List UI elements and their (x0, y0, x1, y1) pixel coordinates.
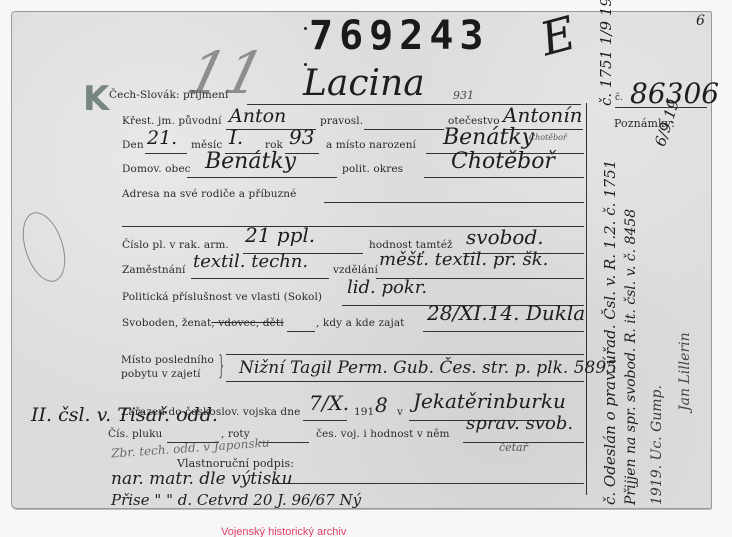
occupation-label: Zaměstnání (122, 264, 185, 276)
surname-label: Čech-Slovák: příjmení (109, 89, 229, 101)
cz-rank-value: sprav. svob. (466, 413, 573, 434)
dot-marker (304, 27, 307, 30)
birth-place-note: Chotěboř (529, 133, 567, 142)
birth-place-label: a místo narození (326, 139, 416, 151)
brace-glyph: } (218, 351, 224, 381)
political-district-value: Chotěboř (451, 149, 555, 174)
cz-rank-note: četař (499, 441, 528, 454)
rank-there-value: svobod. (466, 225, 544, 249)
remarks-vertical-top: č. 1751 1/9 19 (597, 0, 615, 106)
education-label: vzdělání (333, 264, 378, 276)
enlisted-place-prefix: v (397, 406, 403, 418)
captured-value: 28/XI.14. Dukla (427, 301, 585, 325)
birth-year-value: 93 (289, 125, 314, 149)
political-affiliation-label: Politická příslušnost ve vlasti (Sokol) (122, 291, 322, 303)
austrian-regiment-value: 21 ppl. (245, 223, 315, 247)
surname-value: Lacina (303, 63, 425, 104)
last-captivity-value: Nižní Tagil Perm. Gub. Čes. str. p. plk.… (239, 358, 617, 378)
birth-day-value: 21. (147, 127, 177, 149)
number-label: č. (615, 93, 623, 103)
home-municipality-value: Benátky (205, 149, 296, 174)
cz-rank-label: čes. voj. i hodnost v něm (316, 428, 450, 440)
first-name-value: Anton (229, 105, 286, 127)
austrian-regiment-label: Číslo pl. v rak. arm. (122, 239, 229, 251)
orthodox-label: pravosl. (320, 115, 363, 127)
bottom-note-1: nar. matr. dle výtisku (111, 469, 293, 489)
regiment-note-left: II. čsl. v. Tisař. odd. (31, 404, 218, 426)
remarks-line-4: Jan Lillerin (677, 332, 693, 411)
political-affiliation-value: lid. pokr. (347, 277, 427, 298)
letter-mark-e: E (535, 6, 581, 67)
surname-note: 931 (453, 89, 474, 102)
remarks-line-3: 1919. Uc. Gump. (649, 385, 665, 505)
remarks-divider (586, 103, 587, 495)
political-district-label: polit. okres (342, 163, 403, 175)
corner-mark: 6 (696, 13, 705, 29)
pencil-oval-mark (15, 207, 73, 287)
captured-label: , kdy a kde zajat (316, 317, 405, 329)
remarks-line-1: č. Odeslán o prav. úřad. Čsl. v. R. 1.2.… (601, 160, 619, 505)
archive-stamp: Vojenský historický archiv (221, 526, 346, 537)
serial-number: 769243 (309, 13, 490, 59)
stamp-letter-k: K (83, 79, 109, 119)
patronymic-value: Antonín (503, 103, 583, 127)
birth-place-value: Benátky (443, 125, 534, 150)
enlisted-date: 7/X. (309, 391, 349, 415)
first-name-label: Křest. jm. původní (122, 115, 222, 127)
marital-status-label: Svoboden, ženat, vdovec, děti (122, 317, 284, 329)
bottom-note-2: Přise " " d. Cetvrd 20 J. 96/67 Ný (111, 491, 361, 509)
relatives-address-label: Adresa na své rodiče a příbuzné (122, 188, 296, 200)
enlisted-year-suffix: 8 (375, 393, 388, 417)
home-municipality-label: Domov. obec (122, 163, 191, 175)
last-captivity-label: Místo posledního pobytu v zajetí (121, 353, 214, 381)
birth-month-value: I. (229, 125, 243, 149)
enlisted-year-prefix: 191 (354, 406, 374, 418)
regiment-no-label: Čís. pluku (108, 428, 162, 440)
occupation-value: textil. techn. (193, 251, 308, 272)
enlisted-place: Jekatěrinburku (413, 389, 566, 413)
registration-card: 11 K 769243 E 6 Čech-Slovák: příjmení La… (11, 11, 712, 509)
remarks-line-2: Přijjen na spr. svobod. R. it. čsl. v. č… (623, 209, 639, 505)
education-value: měšť. textil. pr. šk. (379, 249, 548, 270)
birth-day-label: Den (122, 139, 144, 151)
